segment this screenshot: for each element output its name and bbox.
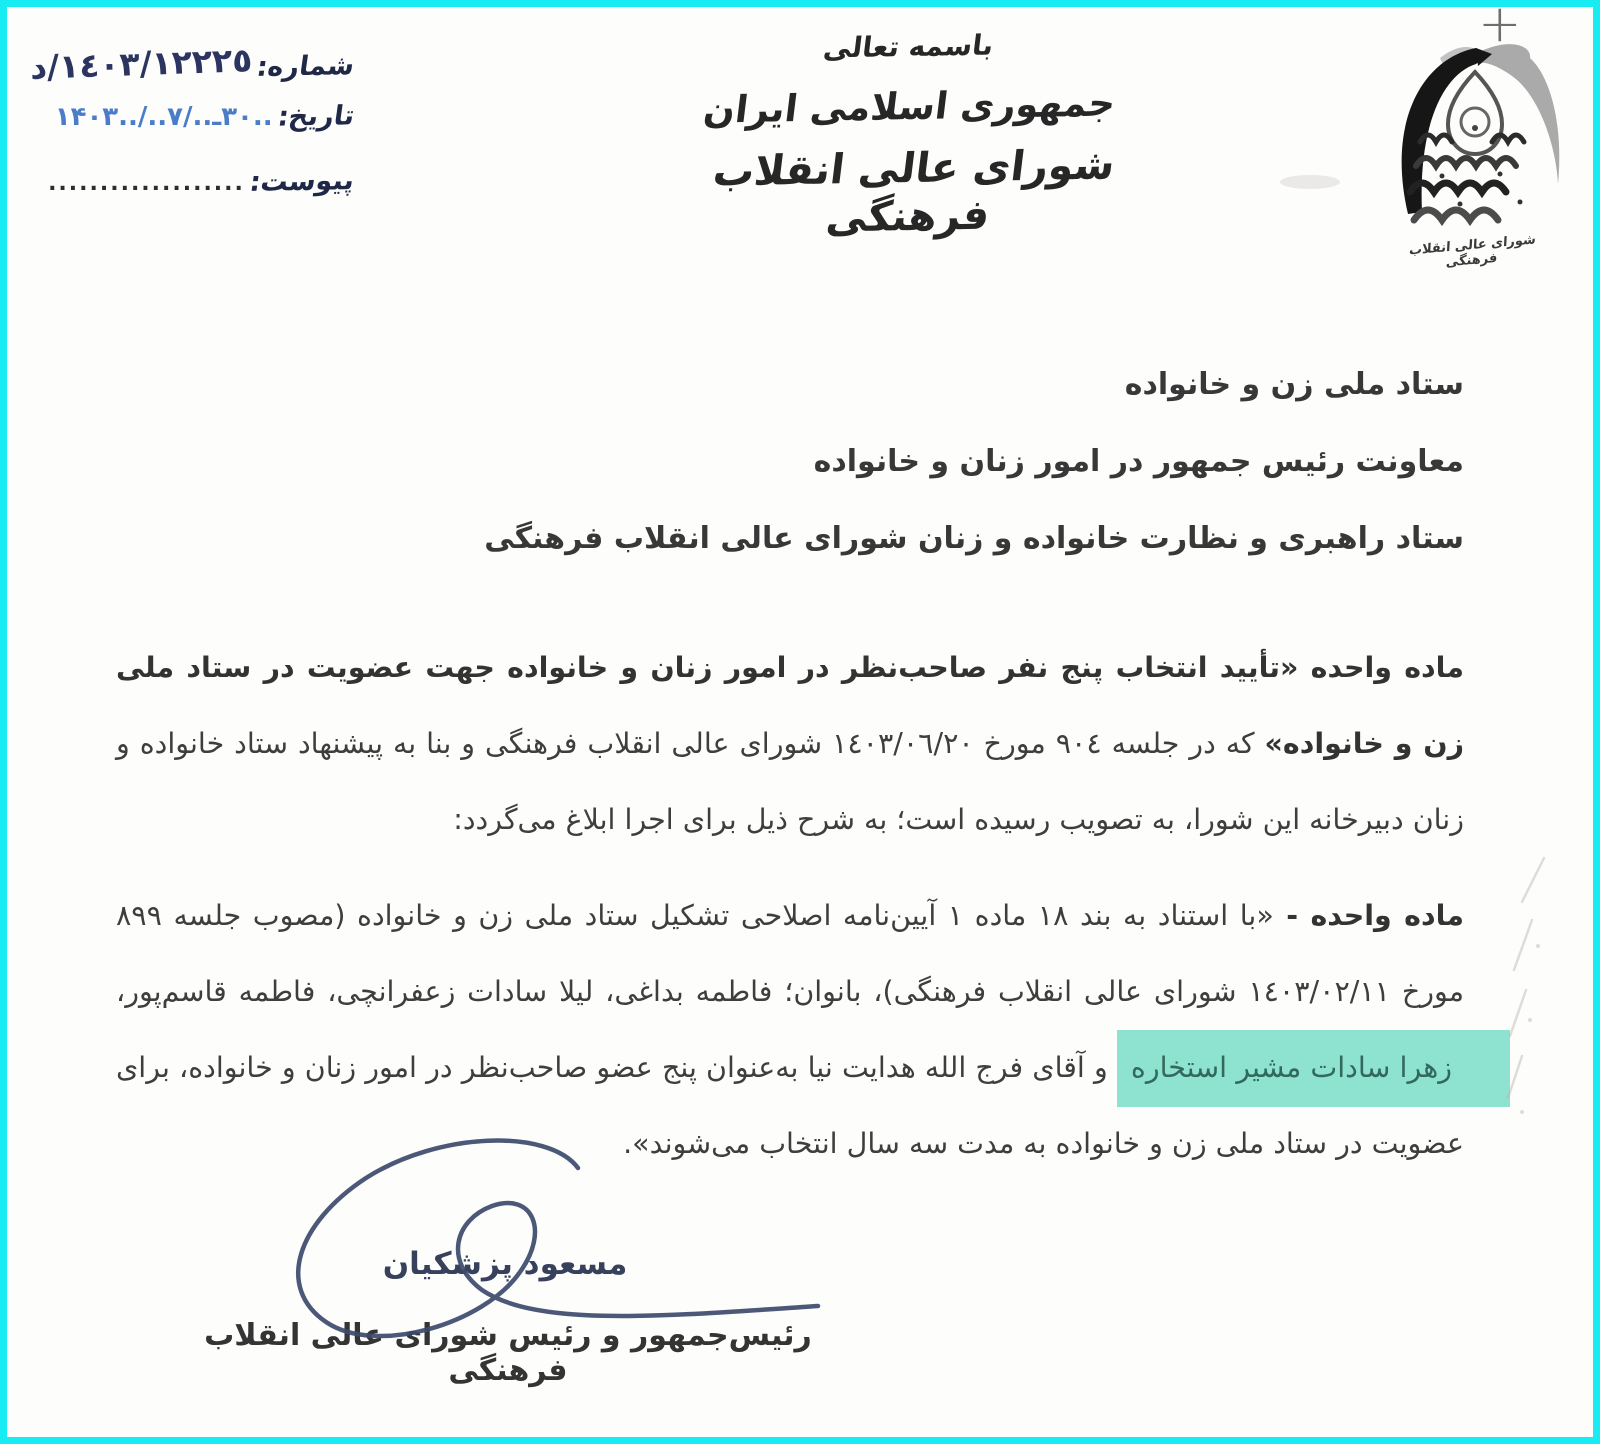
pencil-scratches [1452,850,1572,1150]
attachment-row: پیوست: ................... [6,166,354,197]
date-value-handwritten: ۱۴۰۳../..۷/..ـ۳۰.. [55,102,273,132]
recipient-line-1: ستاد ملی زن و خانواده [124,346,1464,423]
reference-stamp-block: شماره: ١٤٠٣/١٢٢٢٥/د تاریخ: ۱۴۰۳../..۷/..… [6,34,354,197]
letter-date-row: تاریخ: ۱۴۰۳../..۷/..ـ۳۰.. [6,101,354,132]
date-label: تاریخ: [275,100,356,132]
letter-page: شماره: ١٤٠٣/١٢٢٢٥/د تاریخ: ۱۴۰۳../..۷/..… [0,0,1600,1444]
council-line: شورای عالی انقلاب فرهنگی [655,140,1167,245]
recipients-block: ستاد ملی زن و خانواده معاونت رئیس جمهور … [124,346,1464,577]
number-label: شماره: [255,50,357,83]
country-line: جمهوری اسلامی ایران [657,81,1162,133]
attachment-dotted-line: ................... [48,171,245,196]
scan-smudge [1280,175,1340,189]
crop-mark-plus: + [1478,0,1522,54]
handwritten-signature [248,1120,908,1350]
recipient-line-3: ستاد راهبری و نظارت خانواده و زنان شورای… [124,500,1464,577]
letterhead: باسمه تعالی جمهوری اسلامی ایران شورای عا… [658,26,1162,245]
number-value-handwritten: ١٤٠٣/١٢٢٢٥/د [29,40,253,87]
council-emblem: شورای عالی انقلاب فرهنگی [1380,24,1570,274]
bismillah-line: باسمه تعالی [656,26,1160,68]
single-article-title-paragraph: ماده واحده «تأیید انتخاب پنج نفر صاحب‌نظ… [116,630,1464,858]
attachment-label: پیوست: [248,165,357,198]
recipient-line-2: معاونت رئیس جمهور در امور زنان و خانواده [124,423,1464,500]
letter-number-row: شماره: ١٤٠٣/١٢٢٢٥/د [6,44,354,83]
